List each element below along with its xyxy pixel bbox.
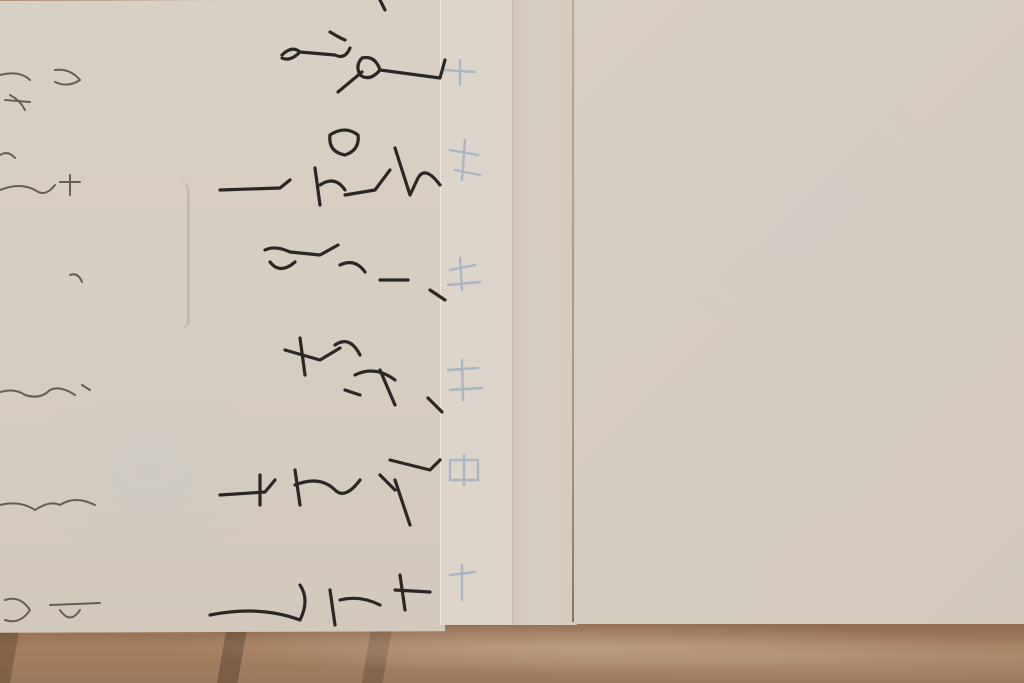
document-right-sheet [575,0,1024,624]
document-fold-strip [512,0,577,625]
document-left-sheet [0,0,445,633]
document-middle-strip [440,0,519,625]
paper-crease [165,179,190,331]
fold-seam [572,0,574,622]
